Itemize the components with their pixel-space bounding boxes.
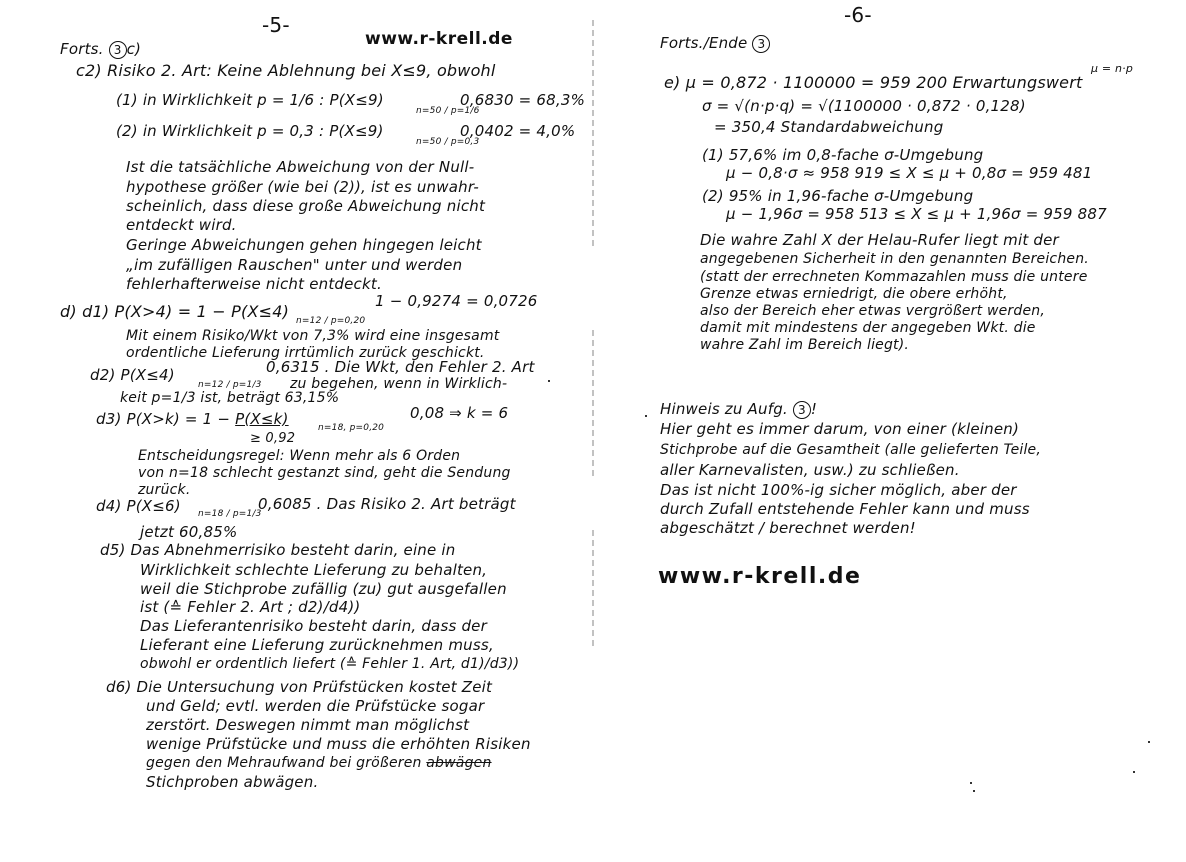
section-heading-text: Forts. — [60, 40, 104, 58]
d3-formula: d3) P(X>k) = 1 − — [96, 410, 235, 428]
section-heading: Forts. 3c) — [60, 40, 141, 59]
text-line: zerstört. Deswegen nimmt man möglichst — [146, 716, 469, 734]
text-line: fehlerhafterweise nicht entdeckt. — [126, 275, 382, 293]
subscript-d4: n=18 / p=1/3 — [198, 509, 262, 519]
line-d6: d6) Die Untersuchung von Prüfstücken kos… — [106, 678, 492, 696]
page-divider — [592, 20, 594, 250]
text-line: Mit einem Risiko/Wkt von 7,3% wird eine … — [126, 327, 500, 345]
text-line: entdeckt wird. — [126, 216, 237, 234]
text-line: Die wahre Zahl X der Helau-Rufer liegt m… — [700, 231, 1059, 249]
text-line: 0,6085 . Das Risiko 2. Art beträgt — [258, 495, 516, 513]
scan-speck — [1148, 741, 1150, 743]
text-line: wenige Prüfstücke und muss die erhöhten … — [146, 735, 531, 753]
result-c2-2: 0,0402 = 4,0% — [460, 122, 575, 140]
text-line: Das ist nicht 100%-ig sicher möglich, ab… — [660, 481, 1017, 499]
section-number-circle: 3 — [752, 35, 770, 53]
right-page: -6- Forts./Ende 3 μ = n·p e) μ = 0,872 ·… — [596, 0, 1186, 862]
result-d1: 1 − 0,9274 = 0,0726 — [375, 292, 538, 310]
section-number-circle: 3 — [109, 41, 127, 59]
line-c2-2: (2) in Wirklichkeit p = 0,3 : P(X≤9) — [116, 122, 384, 140]
text-line: und Geld; evtl. werden die Prüfstücke so… — [146, 697, 484, 715]
text-line: jetzt 60,85% — [140, 523, 237, 541]
underbrace-value: ≥ 0,92 — [250, 430, 295, 448]
text-line: Stichprobe auf die Gesamtheit (alle geli… — [660, 441, 1041, 459]
page-number: -6- — [844, 6, 872, 24]
text-line: (statt der errechneten Kommazahlen muss … — [700, 268, 1088, 286]
text-line: Lieferant eine Lieferung zurücknehmen mu… — [140, 636, 494, 654]
text-line: Stichproben abwägen. — [146, 773, 318, 791]
annotation-mu-np: μ = n·p — [1091, 64, 1133, 74]
url-header: www.r-krell.de — [365, 30, 513, 48]
text-line: von n=18 schlecht gestanzt sind, geht di… — [138, 464, 511, 482]
text-line: durch Zufall entstehende Fehler kann und… — [660, 500, 1030, 518]
line-c2: c2) Risiko 2. Art: Keine Ablehnung bei X… — [76, 62, 496, 80]
text-line: Grenze etwas erniedrigt, die obere erhöh… — [700, 285, 1008, 303]
line-d1: d) d1) P(X>4) = 1 − P(X≤4) — [60, 303, 289, 321]
subscript-d1: n=12 / p=0,20 — [296, 316, 365, 326]
text-line: also der Bereich eher etwas vergrößert w… — [700, 302, 1045, 320]
section-heading: Forts./Ende 3 — [660, 34, 770, 53]
crossed-out-word: abwägen — [426, 755, 491, 771]
text-line: abgeschätzt / berechnet werden! — [660, 519, 916, 537]
line-d2: d2) P(X≤4) — [90, 366, 175, 384]
url-footer: www.r-krell.de — [658, 568, 861, 586]
line-c2-1: (1) in Wirklichkeit p = 1/6 : P(X≤9) — [116, 91, 384, 109]
scan-speck — [1133, 771, 1135, 773]
text-line: wahre Zahl im Bereich liegt). — [700, 336, 909, 354]
scan-speck — [645, 415, 647, 417]
text-part: gegen den Mehraufwand bei größeren — [146, 755, 422, 771]
line-d5: d5) Das Abnehmerrisiko besteht darin, ei… — [100, 541, 456, 559]
hint-heading-text: Hinweis zu Aufg. — [660, 400, 788, 418]
result-c2-1: 0,6830 = 68,3% — [460, 91, 585, 109]
line-e-stddev: = 350,4 Standardabweichung — [714, 118, 943, 136]
text-line: Geringe Abweichungen gehen hingegen leic… — [126, 236, 482, 254]
text-line: keit p=1/3 ist, beträgt 63,15% — [120, 389, 339, 407]
page-number: -5- — [262, 16, 290, 34]
line-e-1-range: μ − 0,8·σ ≈ 958 919 ≤ X ≤ μ + 0,8σ = 959… — [726, 164, 1092, 182]
subscript-d3: n=18, p=0,20 — [318, 423, 384, 433]
text-line: Wirklichkeit schlechte Lieferung zu beha… — [140, 561, 487, 579]
result-d3: 0,08 ⇒ k = 6 — [410, 404, 508, 422]
text-line: obwohl er ordentlich liefert (≙ Fehler 1… — [140, 655, 519, 673]
text-line: Hier geht es immer darum, von einer (kle… — [660, 420, 1019, 438]
text-line: angegebenen Sicherheit in den genannten … — [700, 250, 1089, 268]
d3-underlined: P(X≤k) — [235, 410, 288, 428]
line-e-2: (2) 95% in 1,96-fache σ-Umgebung — [702, 187, 973, 205]
scan-speck — [973, 790, 975, 792]
hint-number-circle: 3 — [793, 401, 811, 419]
section-letter: c) — [127, 40, 142, 58]
line-d4: d4) P(X≤6) — [96, 497, 181, 515]
text-line: weil die Stichprobe zufällig (zu) gut au… — [140, 580, 507, 598]
page-divider — [592, 330, 594, 480]
line-d3: d3) P(X>k) = 1 − P(X≤k) — [96, 410, 289, 428]
scan-speck — [548, 380, 550, 382]
scan-speck — [970, 782, 972, 784]
text-line: gegen den Mehraufwand bei größeren abwäg… — [146, 754, 492, 772]
line-e-1: (1) 57,6% im 0,8-fache σ-Umgebung — [702, 146, 983, 164]
section-heading-text: Forts./Ende — [660, 34, 747, 52]
line-e-mu: e) μ = 0,872 · 1100000 = 959 200 Erwartu… — [664, 74, 1082, 92]
hint-heading: Hinweis zu Aufg. 3! — [660, 400, 817, 419]
text-line: damit mit mindestens der angegeben Wkt. … — [700, 319, 1036, 337]
text-line: 0,6315 . Die Wkt, den Fehler 2. Art — [266, 358, 535, 376]
text-line: Entscheidungsregel: Wenn mehr als 6 Orde… — [138, 447, 460, 465]
page-divider — [592, 530, 594, 650]
line-e-sigma: σ = √(n·p·q) = √(1100000 · 0,872 · 0,128… — [702, 97, 1026, 115]
scan-speck — [220, 160, 222, 162]
line-e-2-range: μ − 1,96σ = 958 513 ≤ X ≤ μ + 1,96σ = 95… — [726, 205, 1107, 223]
text-line: Das Lieferantenrisiko besteht darin, das… — [140, 617, 487, 635]
text-line: scheinlich, dass diese große Abweichung … — [126, 197, 485, 215]
text-line: hypothese größer (wie bei (2)), ist es u… — [126, 178, 479, 196]
text-line: Ist die tatsächliche Abweichung von der … — [126, 158, 474, 176]
text-line: aller Karnevalisten, usw.) zu schließen. — [660, 461, 960, 479]
text-line: ist (≙ Fehler 2. Art ; d2)/d4)) — [140, 598, 360, 616]
left-page: -5- www.r-krell.de Forts. 3c) c2) Risiko… — [0, 0, 592, 862]
text-line: „im zufälligen Rauschen" unter und werde… — [126, 256, 462, 274]
